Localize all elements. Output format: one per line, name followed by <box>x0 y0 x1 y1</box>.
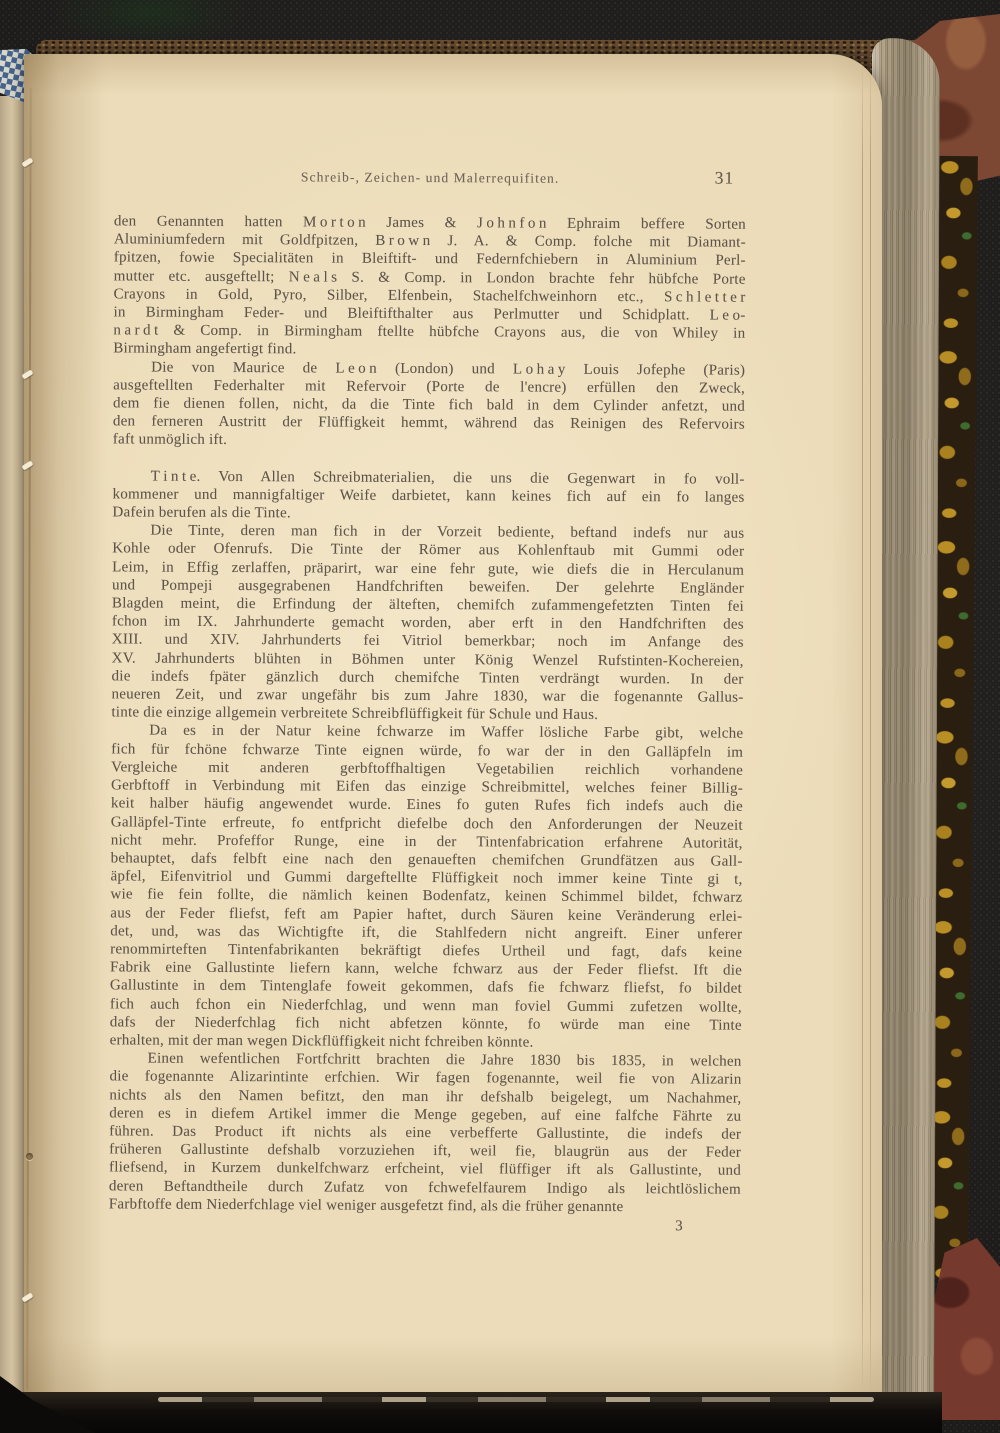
paragraph: Da es in der Natur keine fchwarze im Waf… <box>110 722 744 1053</box>
paragraph: Die von Maurice de L e o n (London) und … <box>113 358 745 452</box>
bottom-edge-highlight <box>158 1397 874 1402</box>
facing-page-edge <box>0 96 26 1396</box>
gutter-shadow <box>24 54 104 1404</box>
body-text: den Genannten hatten M o r t o n James &… <box>109 212 746 1216</box>
book-bottom-edge <box>18 1392 942 1433</box>
text-line: Farbftoffe dem Niederfchlage viel wenige… <box>109 1195 741 1217</box>
page-edge-line <box>870 60 871 1398</box>
text-line: faft unmöglich ift. <box>113 431 745 453</box>
running-header: Schreib-, Zeichen- und Malerrequifiten. … <box>114 168 746 195</box>
signature-mark: 3 <box>109 1214 741 1235</box>
paragraph: Die Tinte, deren man fich in der Vorzeit… <box>111 522 744 726</box>
paragraph: Einen wefentlichen Fortfchritt brachten … <box>109 1049 742 1216</box>
sewing-hole <box>26 1153 33 1160</box>
scan-background: Schreib-, Zeichen- und Malerrequifiten. … <box>0 0 1000 1433</box>
page-text: Schreib-, Zeichen- und Malerrequifiten. … <box>109 168 747 1235</box>
book-page: Schreib-, Zeichen- und Malerrequifiten. … <box>24 54 882 1404</box>
paragraph: den Genannten hatten M o r t o n James &… <box>113 212 746 361</box>
page-edge-line <box>862 60 863 1398</box>
page-number: 31 <box>715 167 735 188</box>
running-title: Schreib-, Zeichen- und Malerrequifiten. <box>114 168 746 187</box>
paragraph: T i n t e. Von Allen Schreibmaterialien,… <box>112 467 744 525</box>
